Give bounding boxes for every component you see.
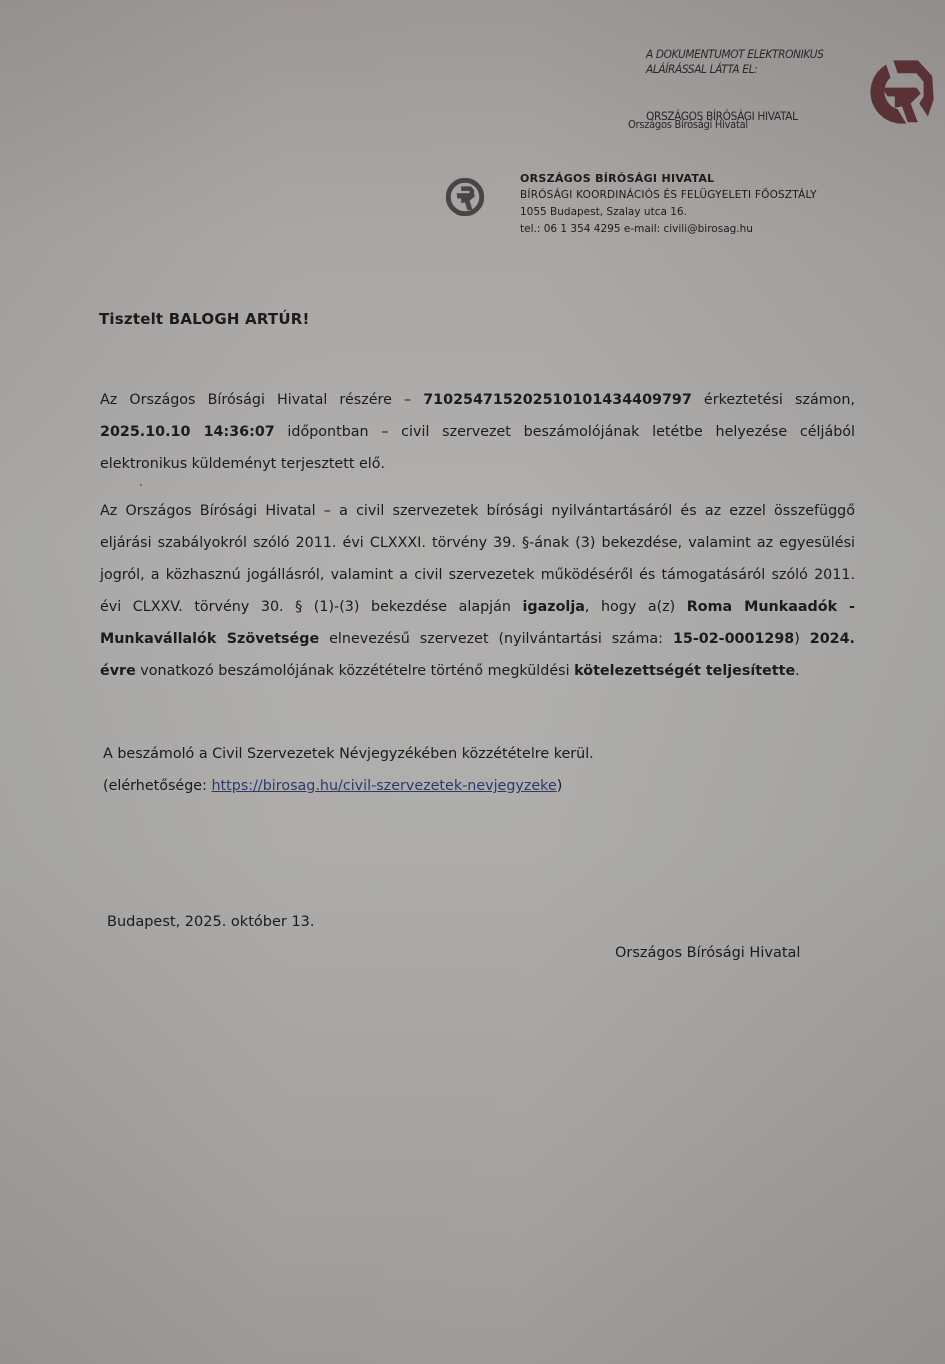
text: vonatkozó beszámolójának közzétételre tö… [136,663,574,679]
paragraph-certification: Az Országos Bírósági Hivatal – a civil s… [100,495,855,687]
text: érkeztetési számon, [692,392,855,408]
submission-datetime: 2025.10.10 14:36:07 [100,424,275,440]
signature-line: Országos Bírósági Hivatal [615,945,800,961]
publication-notice: A beszámoló a Civil Szervezetek Névjegyz… [103,738,858,770]
department-name: BÍRÓSÁGI KOORDINÁCIÓS ÉS FELÜGYELETI FŐO… [520,187,817,204]
text: , hogy a(z) [585,599,687,615]
letterhead-text: ORSZÁGOS BÍRÓSÁGI HIVATAL BÍRÓSÁGI KOORD… [520,170,817,238]
obh-logo-icon [446,178,484,216]
paragraph-submission: Az Országos Bírósági Hivatal részére – 7… [100,384,855,480]
obligation-fulfilled: kötelezettségét teljesítette [574,663,795,679]
address: 1055 Budapest, Szalay utca 16. [520,204,817,221]
availability-line: (elérhetősége: https://birosag.hu/civil-… [103,770,858,802]
registration-number: 710254715202510101434409797 [423,392,692,408]
certifies-keyword: igazolja [523,599,585,615]
text: (elérhetősége: [103,778,211,794]
registry-link[interactable]: https://birosag.hu/civil-szervezetek-nev… [211,778,556,794]
organization-registration-number: 15-02-0001298 [673,631,794,647]
paper-speck [140,484,142,486]
document-page: A DOKUMENTUMOT ELEKTRONIKUS ALÁÍRÁSSAL L… [0,0,945,1364]
contact-info: tel.: 06 1 354 4295 e-mail: civili@biros… [520,221,817,238]
stamp-org-overlay: Országos Bírósági Hivatal [628,118,748,131]
text: elnevezésű szervezet (nyilvántartási szá… [319,631,673,647]
greeting: Tisztelt BALOGH ARTÚR! [99,310,310,328]
obh-logo-icon [866,55,938,129]
text: . [795,663,800,679]
date-line: Budapest, 2025. október 13. [107,914,315,930]
text: Az Országos Bírósági Hivatal részére – [100,392,423,408]
institution-name: ORSZÁGOS BÍRÓSÁGI HIVATAL [520,170,817,187]
text: ) [794,631,810,647]
paragraph-publication: A beszámoló a Civil Szervezetek Névjegyz… [103,738,858,802]
text: ) [557,778,563,794]
